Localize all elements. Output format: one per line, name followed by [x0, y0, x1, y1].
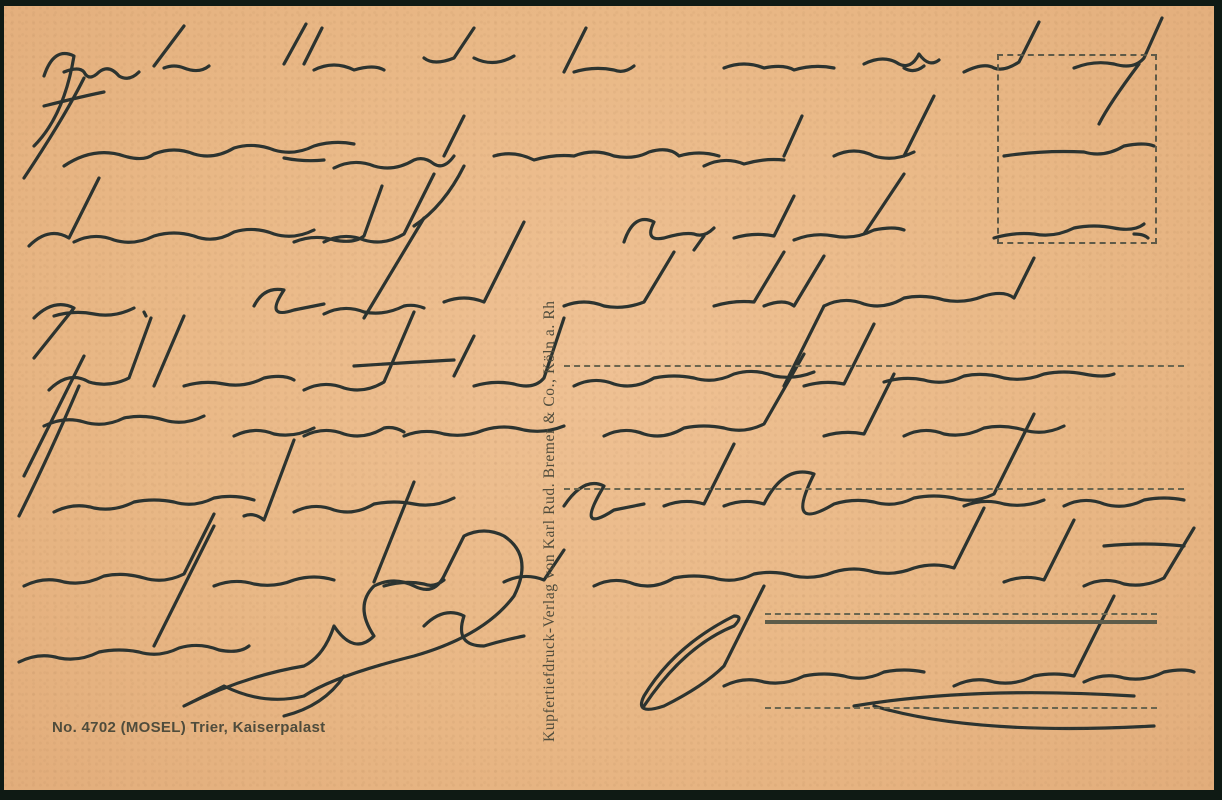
address-line-3-dashed	[765, 613, 1157, 615]
handwritten-line: de l'eau toute la matinée. Je termine	[34, 356, 589, 391]
handwritten-line: J'ai reçu ta lettre de lundi et une de c…	[34, 46, 656, 81]
publisher-imprint: Kupfertiefdruck-Verlag von Karl Rud. Bre…	[541, 300, 559, 742]
postcard-back: J'ai reçu ta lettre de lundi et une de c…	[4, 6, 1214, 790]
handwritten-line: plus doux baisers. Votre Raymond qui vou…	[34, 481, 689, 516]
stamp-placeholder-box	[997, 54, 1157, 244]
handwritten-signature: Cordier	[344, 621, 460, 656]
handwritten-line: son cœur	[34, 631, 176, 666]
printed-caption: No. 4702 (MOSEL) Trier, Kaiserpalast	[52, 719, 325, 736]
handwritten-line: demain matin car la place me man-	[34, 206, 570, 241]
handwritten-line: ques. Ce soir il fait vent et il a tombé	[34, 281, 597, 316]
address-line-4	[765, 707, 1157, 709]
handwritten-line: aime pour la vie et vous embrasse de tou…	[34, 556, 671, 591]
address-line-1	[564, 365, 1184, 367]
address-line-3-solid	[765, 620, 1157, 624]
handwritten-line: Kaelenwyn mais je n'y répondrai que	[34, 126, 597, 161]
handwritten-address: A demain matin	[644, 656, 884, 691]
handwritten-line: pour ce soir en vous envoyant à tous mes	[34, 406, 663, 441]
